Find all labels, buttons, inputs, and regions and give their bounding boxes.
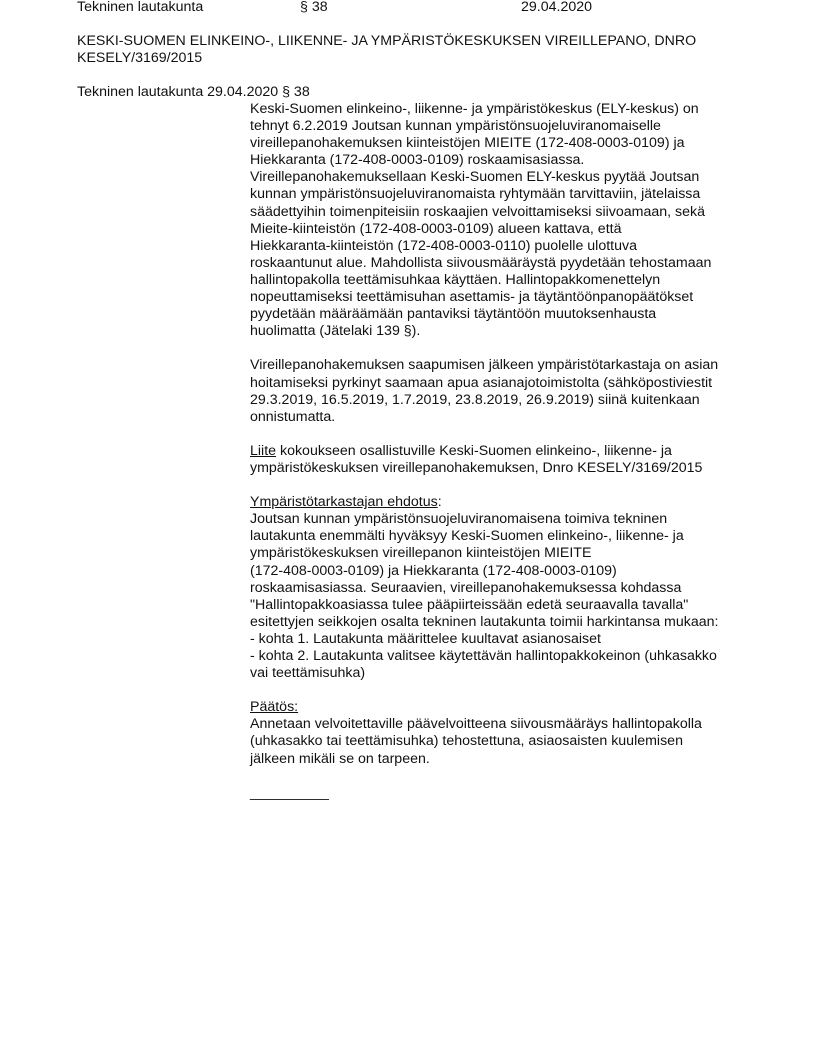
proposal-text: Joutsan kunnan ympäristönsuojeluviranoma… [250,511,750,682]
title-line-2: KESELY/3169/2015 [77,50,757,67]
text-line: vai teettämisuhka) [250,665,750,682]
header-organ: Tekninen lautakunta [77,0,203,16]
text-line: roskaamisasiassa. Seuraavien, vireillepa… [250,580,750,597]
proposal-section: Ympäristötarkastajan ehdotus: Joutsan ku… [250,494,750,682]
text-line: esitettyjen seikkojen osalta tekninen la… [250,614,750,631]
text-line: ympäristökeskuksen vireillepanon kiintei… [250,545,750,562]
paragraph-background: Keski-Suomen elinkeino-, liikenne- ja ym… [250,101,750,340]
document-title: KESKI-SUOMEN ELINKEINO-, LIIKENNE- JA YM… [77,33,757,67]
text-line: (172-408-0003-0109) ja Hiekkaranta (172-… [250,563,750,580]
text-line: Hiekkaranta (172-408-0003-0109) roskaami… [250,152,750,169]
text-line: Mieite-kiinteistön (172-408-0003-0109) a… [250,221,750,238]
text-line: hallintopakolla teettämisuhkaa käyttäen.… [250,272,750,289]
text-line: onnistumatta. [250,409,750,426]
paragraph-followup: Vireillepanohakemuksen saapumisen jälkee… [250,357,750,425]
attachment-note: Liite kokoukseen osallistuville Keski-Su… [250,443,750,477]
meeting-reference: Tekninen lautakunta 29.04.2020 § 38 [77,84,310,101]
text-line: Joutsan kunnan ympäristönsuojeluviranoma… [250,511,750,528]
title-line-1: KESKI-SUOMEN ELINKEINO-, LIIKENNE- JA YM… [77,33,757,50]
text-line: Hiekkaranta-kiinteistön (172-408-0003-01… [250,238,750,255]
text-line: 29.3.2019, 16.5.2019, 1.7.2019, 23.8.201… [250,392,750,409]
text-line: (uhkasakko tai teettämisuhka) tehostettu… [250,733,750,750]
header-date: 29.04.2020 [521,0,592,16]
text-line: - kohta 2. Lautakunta valitsee käytettäv… [250,648,750,665]
text-line: tehnyt 6.2.2019 Joutsan kunnan ympäristö… [250,118,750,135]
text-line: - kohta 1. Lautakunta määrittelee kuulta… [250,631,750,648]
text-line: vireillepanohakemuksen kiinteistöjen MIE… [250,135,750,152]
text-line: hoitamiseksi pyrkinyt saamaan apua asian… [250,375,750,392]
decision-heading: Päätös: [250,699,750,716]
text-line: Annetaan velvoitettaville päävelvoitteen… [250,716,750,733]
end-rule: __________ [250,785,750,802]
text-line: pyydetään määräämään pantaviksi täytäntö… [250,306,750,323]
text-line: roskaantunut alue. Mahdollista siivousmä… [250,255,750,272]
proposal-heading: Ympäristötarkastajan ehdotus [250,494,438,510]
text-line: Vireillepanohakemuksen saapumisen jälkee… [250,357,750,374]
decision-text: Annetaan velvoitettaville päävelvoitteen… [250,716,750,767]
text-line: Vireillepanohakemuksellaan Keski-Suomen … [250,169,750,186]
text-line: lautakunta enemmälti hyväksyy Keski-Suom… [250,528,750,545]
text-line: huolimatta (Jätelaki 139 §). [250,323,750,340]
text-line: jälkeen mikäli se on tarpeen. [250,751,750,768]
header-section: § 38 [300,0,328,16]
text-line: säädettyihin toimenpiteisiin roskaajien … [250,204,750,221]
text-line: Keski-Suomen elinkeino-, liikenne- ja ym… [250,101,750,118]
attachment-link[interactable]: Liite [250,443,276,459]
text-line: "Hallintopakkoasiassa tulee pääpiirteiss… [250,597,750,614]
text-line: nopeuttamiseksi teettämisuhan asettamis-… [250,289,750,306]
decision-section: Päätös: Annetaan velvoitettaville päävel… [250,699,750,767]
text-line: kunnan ympäristönsuojeluviranomaista ryh… [250,186,750,203]
document-body: Keski-Suomen elinkeino-, liikenne- ja ym… [250,101,750,802]
